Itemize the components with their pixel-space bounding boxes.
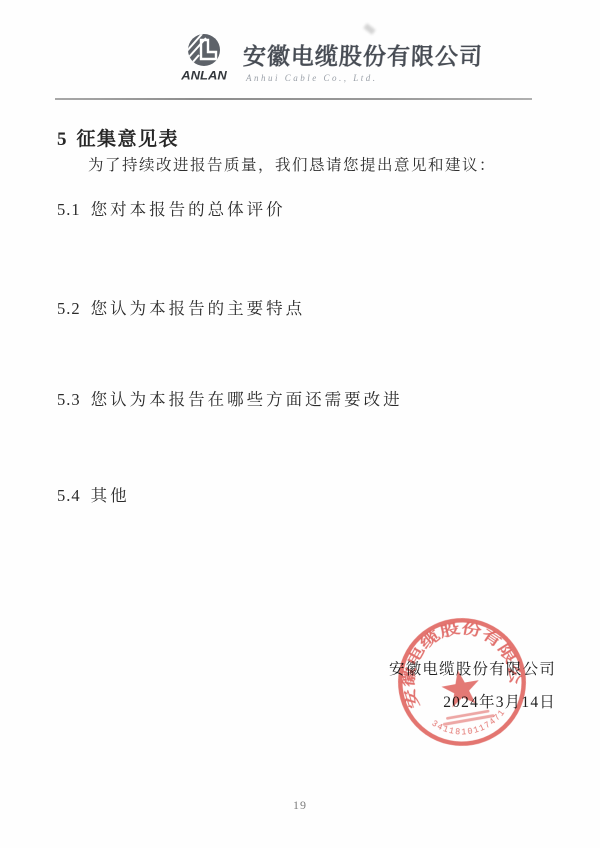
question-item-5-3: 5.3您认为本报告在哪些方面还需要改进 [57,386,403,410]
question-number: 5.4 [57,486,81,505]
section-heading: 5征集意见表 [57,124,179,151]
company-name-en: Anhui Cable Co., Ltd. [246,73,483,83]
question-label: 其他 [91,486,130,505]
company-name-cn: 安徽电缆股份有限公司 [242,38,483,71]
company-seal-stamp: 安徽电缆股份有限公司 3411810117471 [383,603,541,761]
section-title: 征集意见表 [77,129,180,150]
page-number: 19 [0,798,600,813]
question-number: 5.1 [57,200,81,219]
section-number: 5 [57,129,67,150]
logo-wordmark: ANLAN [178,69,230,83]
intro-text: 为了持续改进报告质量，我们恳请您提出意见和建议： [88,153,496,175]
scan-smudge [363,23,375,35]
question-label: 您认为本报告在哪些方面还需要改进 [91,390,403,409]
document-page: ANLAN 安徽电缆股份有限公司 Anhui Cable Co., Ltd. 5… [0,0,600,848]
question-label: 您对本报告的总体评价 [91,200,286,219]
anlan-logo-icon [184,30,224,70]
question-number: 5.3 [57,390,81,409]
header-company-names: 安徽电缆股份有限公司 Anhui Cable Co., Ltd. [243,38,483,83]
question-item-5-1: 5.1您对本报告的总体评价 [57,196,286,220]
header-divider [55,98,532,100]
question-number: 5.2 [57,299,81,318]
seal-star-icon [439,667,483,709]
company-logo: ANLAN [178,30,230,83]
question-item-5-4: 5.4其他 [57,482,130,506]
question-label: 您认为本报告的主要特点 [91,299,306,318]
question-item-5-2: 5.2您认为本报告的主要特点 [57,295,305,319]
